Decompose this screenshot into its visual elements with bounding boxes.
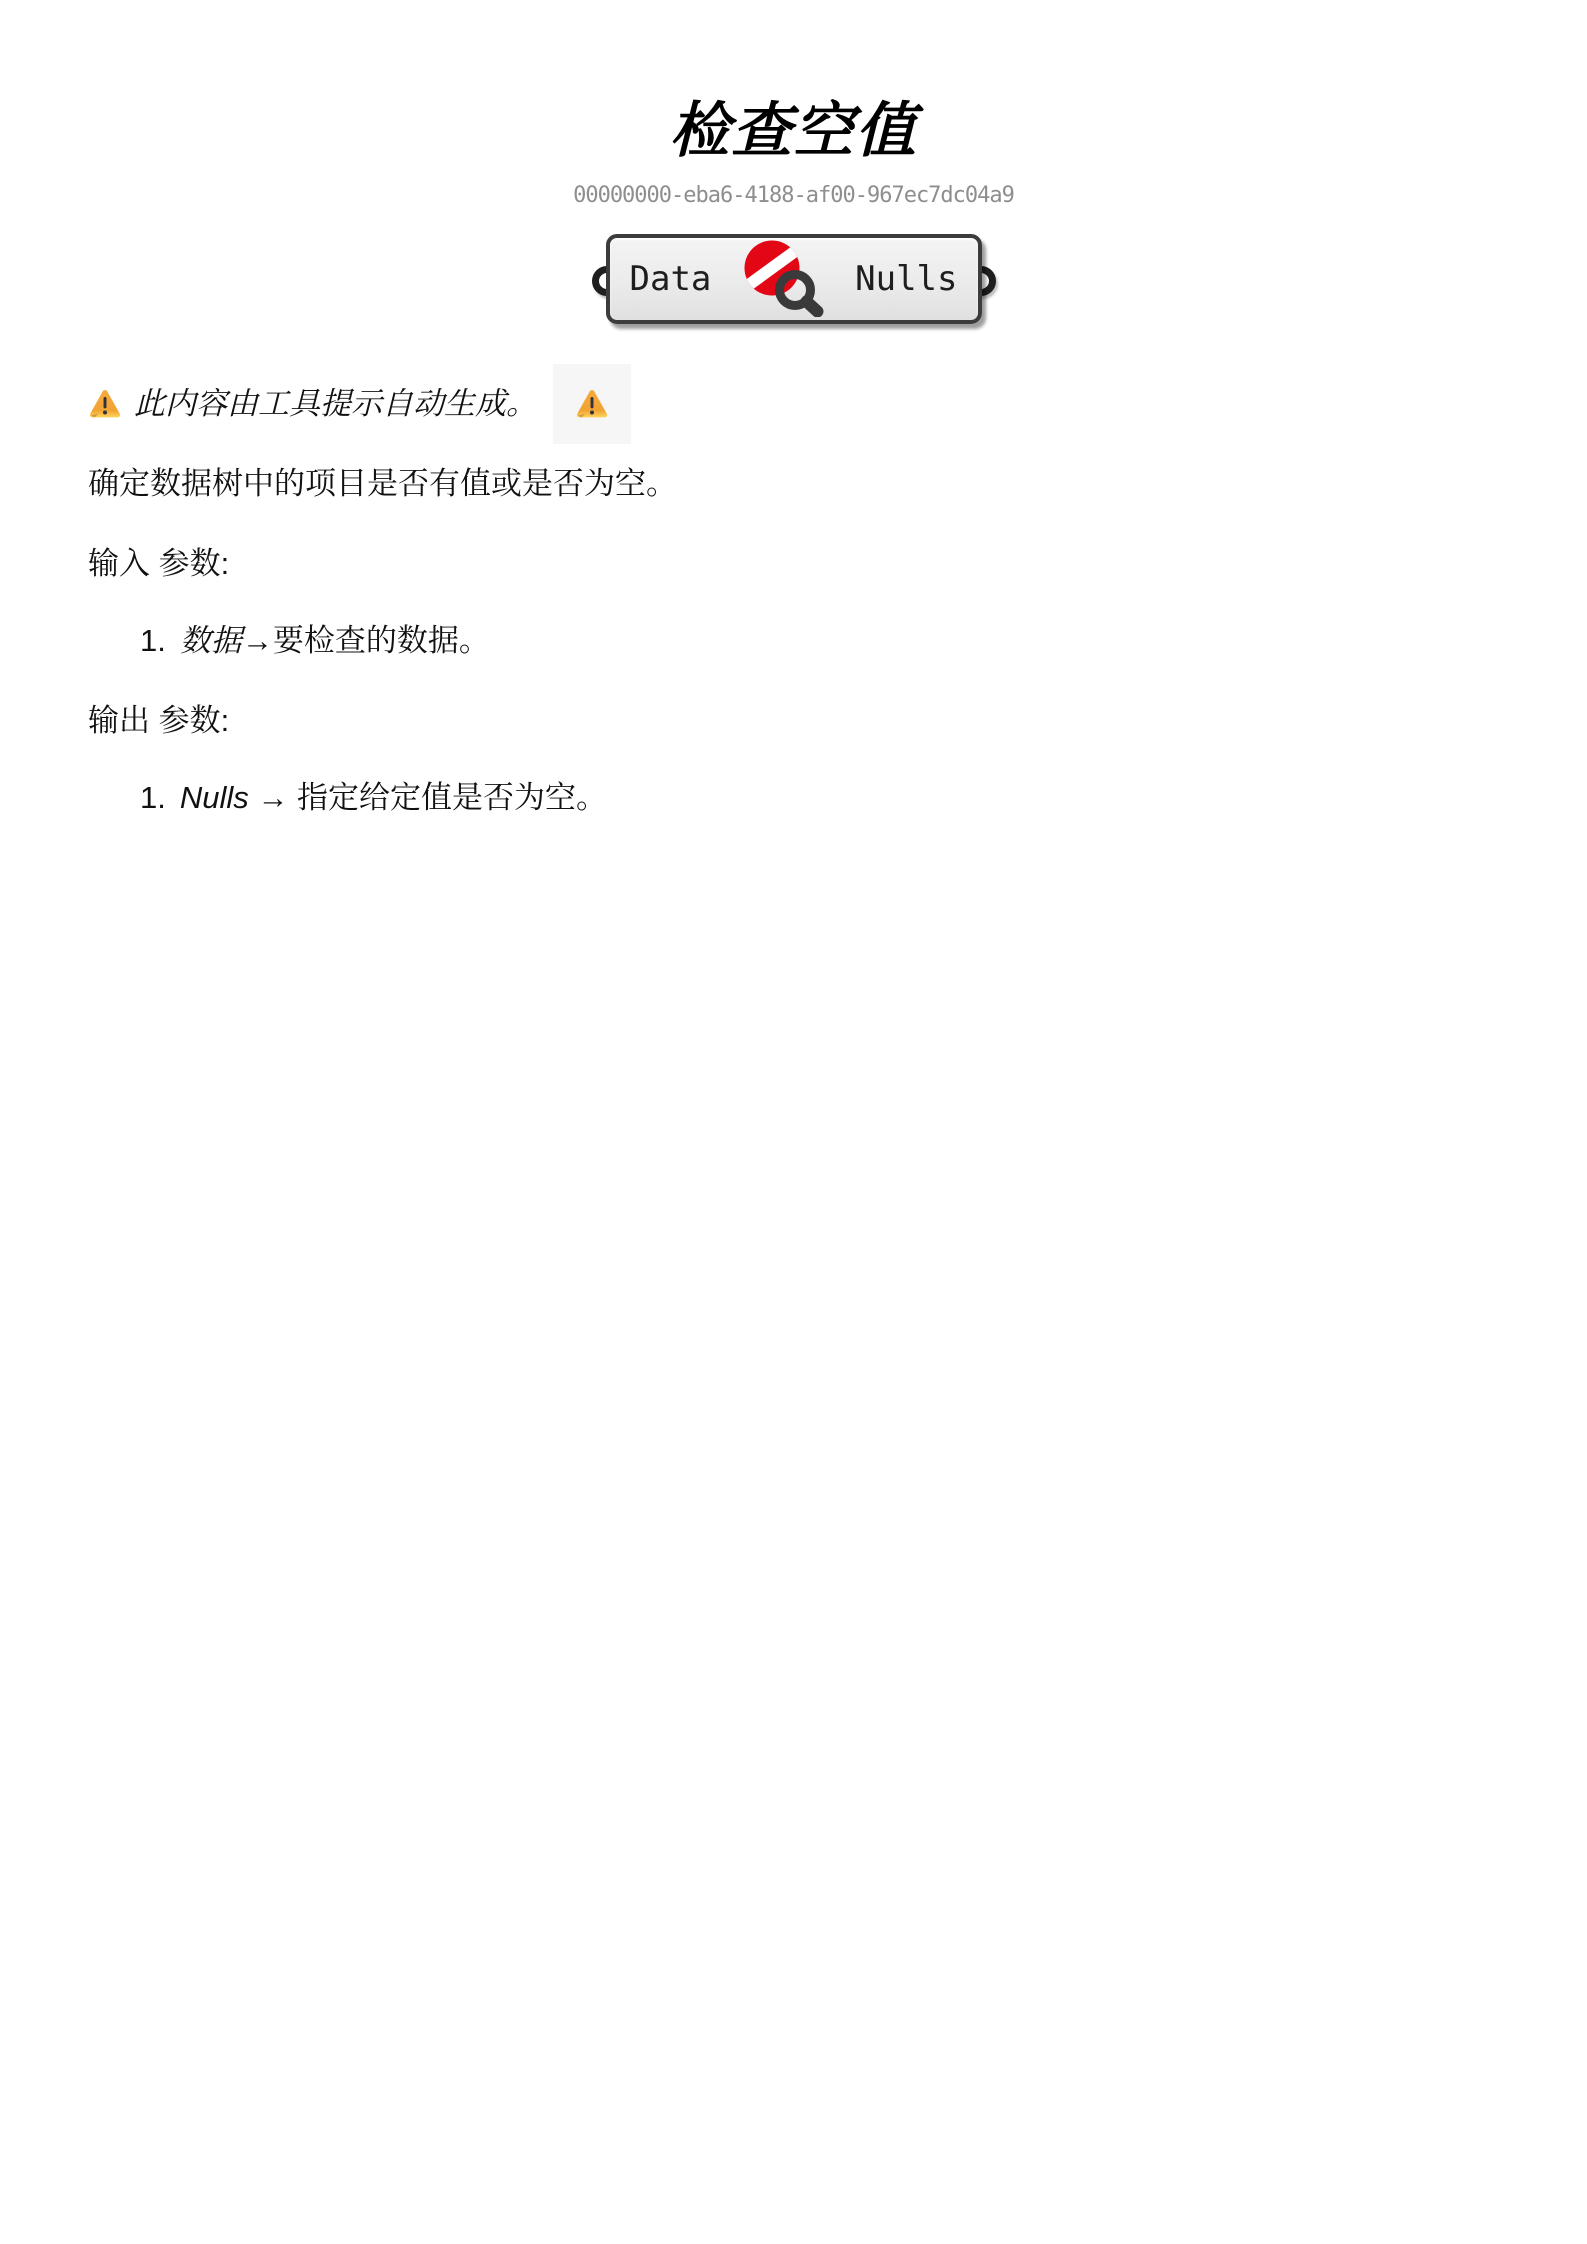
list-item: 1. 数据→要检查的数据。	[140, 619, 1499, 662]
param-description: →要检查的数据。	[242, 623, 490, 658]
list-item: 1. Nulls → 指定给定值是否为空。	[140, 776, 1499, 819]
input-params-heading: 输入 参数:	[88, 542, 1499, 585]
output-params-heading: 输出 参数:	[88, 699, 1499, 742]
document-page: 检查空值 00000000-eba6-4188-af00-967ec7dc04a…	[0, 96, 1587, 819]
page-title: 检查空值	[88, 96, 1499, 165]
list-item-text: Nulls → 指定给定值是否为空。	[180, 776, 607, 819]
param-description: → 指定给定值是否为空。	[249, 780, 607, 815]
auto-generated-note-text: 此内容由工具提示自动生成。	[134, 382, 537, 425]
param-name: Nulls	[180, 780, 249, 815]
list-item-number: 1.	[140, 776, 166, 819]
list-item-number: 1.	[140, 619, 166, 662]
warning-icon-placeholder	[553, 364, 631, 444]
grasshopper-component-figure: Data Nulls	[589, 232, 999, 330]
param-name: 数据	[180, 623, 242, 658]
auto-generated-note: 此内容由工具提示自动生成。	[88, 364, 1499, 444]
component-guid: 00000000-eba6-4188-af00-967ec7dc04a9	[88, 183, 1499, 208]
check-nulls-icon	[742, 239, 824, 317]
list-item-text: 数据→要检查的数据。	[180, 619, 490, 662]
warning-icon	[575, 387, 609, 421]
component-body: Data Nulls	[606, 234, 982, 324]
input-params-list: 1. 数据→要检查的数据。	[88, 619, 1499, 662]
component-description: 确定数据树中的项目是否有值或是否为空。	[88, 462, 1499, 505]
input-port-label: Data	[630, 259, 712, 299]
warning-icon	[88, 387, 122, 421]
output-params-list: 1. Nulls → 指定给定值是否为空。	[88, 776, 1499, 819]
output-port-label: Nulls	[855, 259, 957, 299]
